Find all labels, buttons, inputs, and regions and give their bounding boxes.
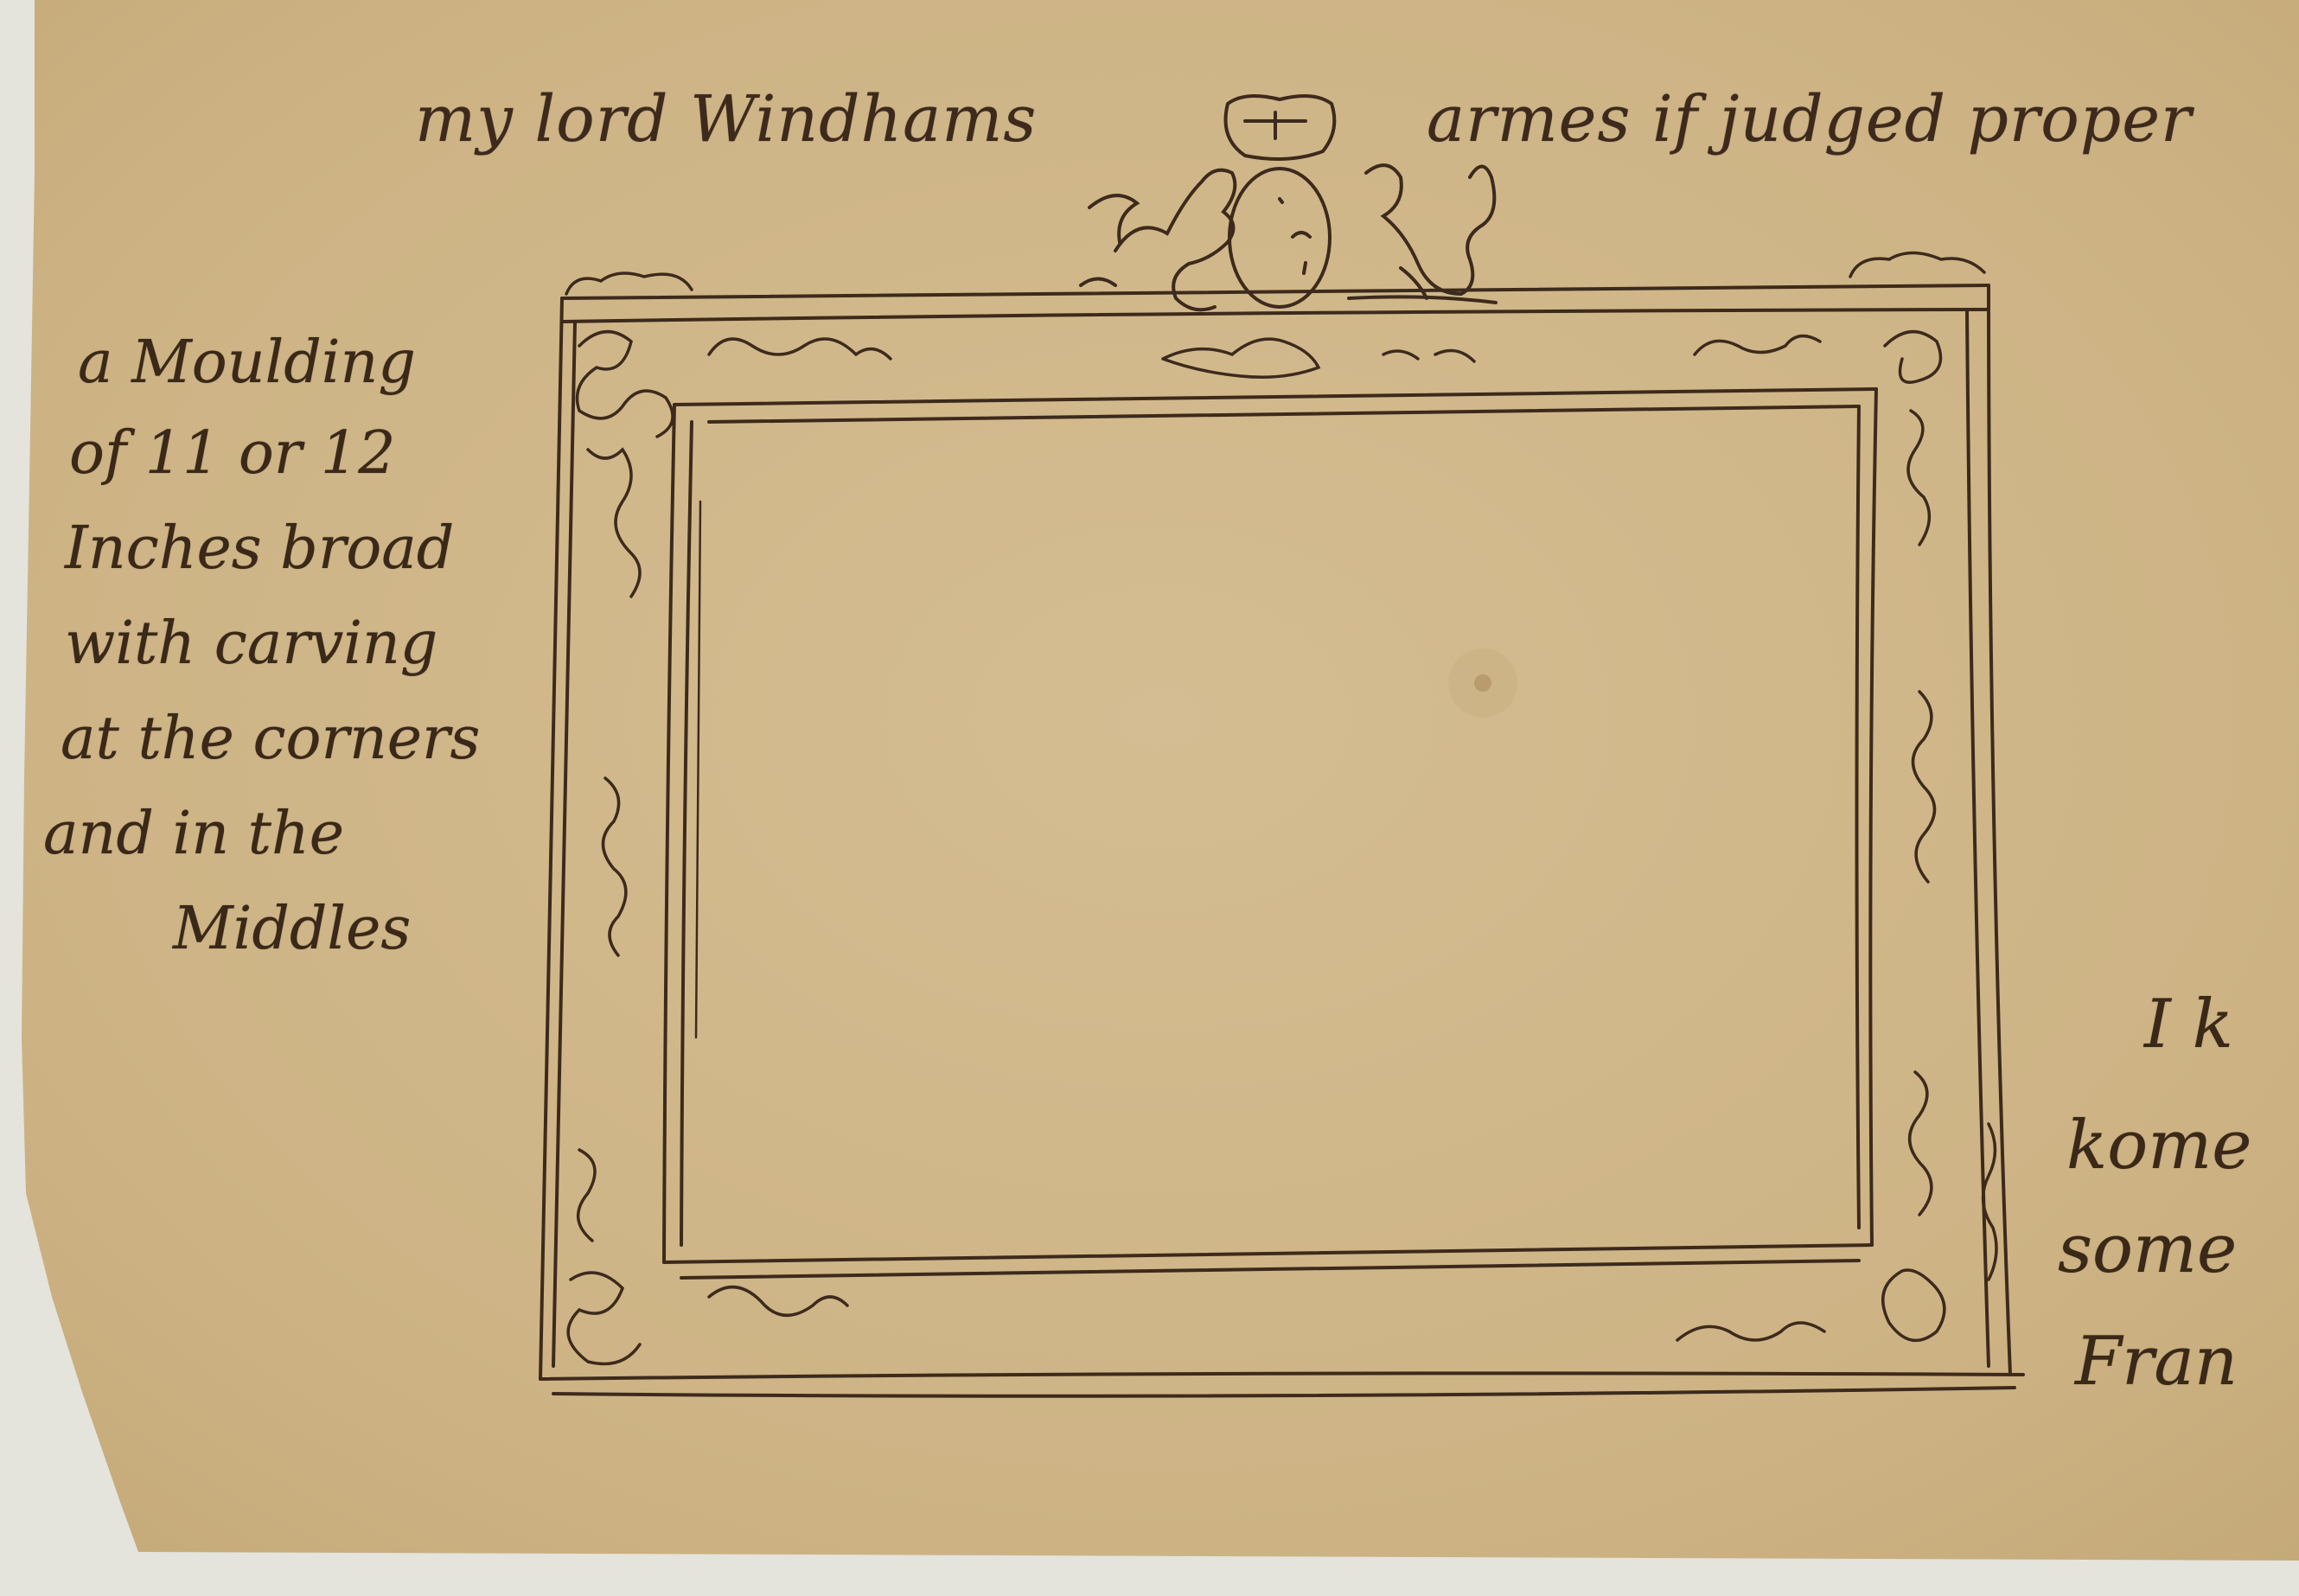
right-note-line: some [2058,1210,2237,1288]
margin-note-line: at the corners [61,705,480,773]
margin-note-line: a Moulding [78,329,416,397]
right-note-line: Fran [2075,1323,2238,1401]
annotation-arms-note: armes if judged proper [1427,82,2192,156]
paper-sheet [0,0,2299,1596]
manuscript-page: my lord Windhams armes if judged proper … [0,0,2299,1596]
margin-note-line: and in the [43,800,344,868]
margin-note-line: Inches broad [65,514,454,583]
margin-note-line: Middles [173,895,411,963]
right-note-line: I k [2144,986,2233,1063]
annotation-owner: my lord Windhams [415,82,1037,156]
margin-note-line: with carving [65,610,437,678]
right-note-line: kome [2066,1107,2251,1184]
margin-note-line: of 11 or 12 [69,419,395,488]
